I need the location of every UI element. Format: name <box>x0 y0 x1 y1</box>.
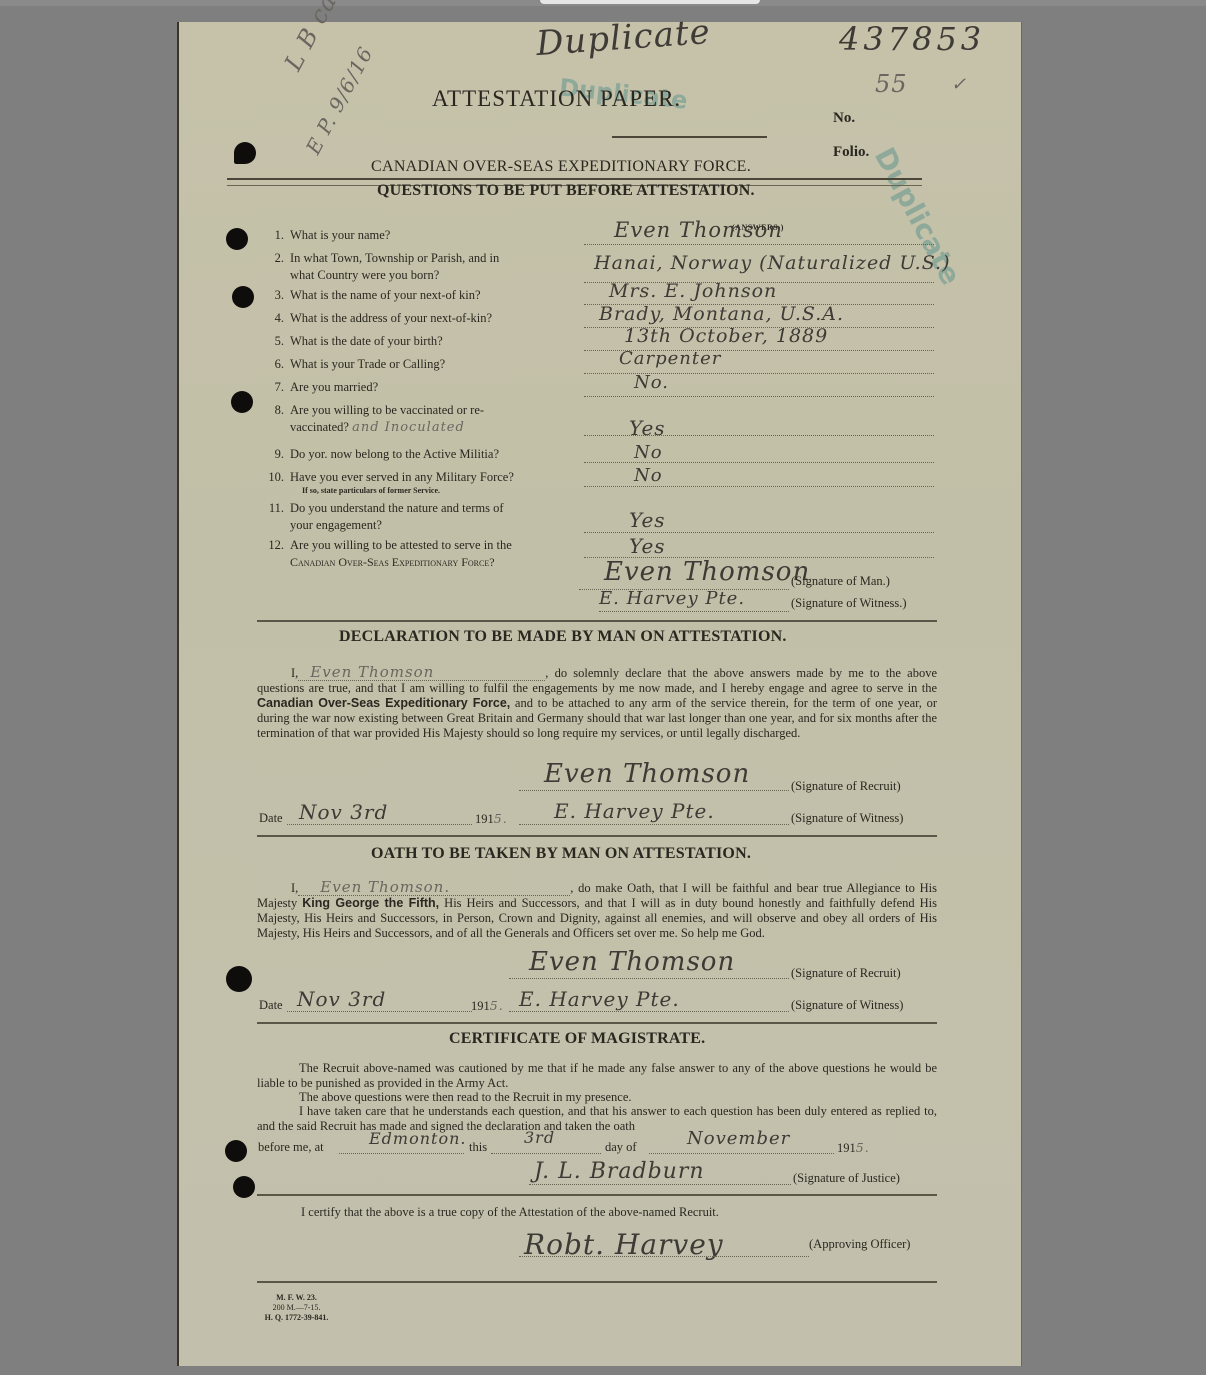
question-9: 9.Do yor. now belong to the Active Milit… <box>262 446 580 463</box>
question-1: 1.What is your name? <box>262 227 580 244</box>
form-code-3: H. Q. 1772-39-841. <box>249 1313 344 1323</box>
section-divider <box>257 1281 937 1283</box>
oath-recruit-label: (Signature of Recruit) <box>791 966 901 981</box>
viewer-top-handle[interactable] <box>540 0 760 4</box>
oath-signature-recruit: Even Thomson <box>529 947 735 977</box>
question-2: 2.In what Town, Township or Parish, and … <box>262 250 580 284</box>
question-3: 3.What is the name of your next-of kin? <box>262 287 580 304</box>
oath-heading: OATH TO BE TAKEN BY MAN ON ATTESTATION. <box>371 845 751 863</box>
declaration-heading: DECLARATION TO BE MADE BY MAN ON ATTESTA… <box>339 628 787 646</box>
place-line <box>339 1153 464 1154</box>
question-6: 6.What is your Trade or Calling? <box>262 356 580 373</box>
answer-line <box>584 244 934 245</box>
answer-vaccinated: Yes <box>629 416 666 440</box>
folio-label: Folio. <box>833 144 869 161</box>
answer-served: No <box>634 465 663 486</box>
signature-justice: J. L. Bradburn <box>534 1159 705 1184</box>
certification-text: I certify that the above is a true copy … <box>257 1205 937 1220</box>
question-10: 10.Have you ever served in any Military … <box>262 469 580 495</box>
declaration-date-label: Date <box>259 811 283 826</box>
attestation-paper-document: Duplicate 437853 L B card E P. 9/6/16 Du… <box>177 22 1022 1366</box>
declaration-witness-label: (Signature of Witness) <box>791 811 903 826</box>
signature-line <box>599 611 789 612</box>
check-mark-icon: ✓ <box>951 74 967 95</box>
punch-hole <box>226 228 248 250</box>
answer-line <box>584 532 934 533</box>
magistrate-place: Edmonton. <box>369 1129 466 1148</box>
form-codes: M. F. W. 23. 200 M.—7-15. H. Q. 1772-39-… <box>249 1293 344 1323</box>
title-rule <box>612 136 767 138</box>
answer-trade: Carpenter <box>619 348 721 369</box>
declaration-year: 1915. <box>475 811 508 827</box>
day-of-label: day of <box>605 1140 637 1155</box>
magistrate-month: November <box>687 1128 790 1149</box>
signature-witness-label: (Signature of Witness.) <box>791 596 907 611</box>
section-divider <box>257 620 937 622</box>
oath-year: 1915. <box>471 998 504 1014</box>
vaccination-note: and Inoculated <box>352 420 465 435</box>
before-me-label: before me, at <box>258 1140 324 1155</box>
form-code-2: 200 M.—7-15. <box>249 1303 344 1313</box>
signature-justice-label: (Signature of Justice) <box>793 1171 900 1186</box>
question-7: 7.Are you married? <box>262 379 580 396</box>
magistrate-day: 3rd <box>524 1128 555 1147</box>
signature-line <box>519 824 789 825</box>
section-divider <box>257 835 937 837</box>
oath-name: Even Thomson. <box>298 880 570 896</box>
section-divider <box>257 1022 937 1024</box>
punch-hole <box>234 142 256 164</box>
form-code-1: M. F. W. 23. <box>249 1293 344 1303</box>
declaration-recruit-label: (Signature of Recruit) <box>791 779 901 794</box>
declaration-name: Even Thomson <box>298 665 545 681</box>
answer-line <box>584 396 934 397</box>
magistrate-paragraph-2: The above questions were then read to th… <box>257 1090 937 1105</box>
document-title: ATTESTATION PAPER. <box>432 86 681 112</box>
answer-line <box>584 486 934 487</box>
magistrate-heading: CERTIFICATE OF MAGISTRATE. <box>449 1030 705 1048</box>
signature-line <box>519 1256 809 1257</box>
question-11: 11.Do you understand the nature and term… <box>262 500 580 534</box>
question-4: 4.What is the address of your next-of-ki… <box>262 310 580 327</box>
answer-birthplace: Hanai, Norway (Naturalized U.S.) <box>594 252 950 274</box>
margin-note-date: E P. 9/6/16 <box>301 42 378 158</box>
declaration-date: Nov 3rd <box>299 800 388 824</box>
answer-birth-date: 13th October, 1889 <box>624 325 828 347</box>
month-line <box>649 1153 834 1154</box>
signature-line <box>529 1184 791 1185</box>
punch-hole <box>225 1140 247 1162</box>
signature-line <box>509 1011 789 1012</box>
oath-date: Nov 3rd <box>297 987 386 1011</box>
answer-militia: No <box>634 442 663 463</box>
answer-name: Even Thomson <box>614 218 783 242</box>
signature-witness: E. Harvey Pte. <box>599 588 745 609</box>
answer-kin-address: Brady, Montana, U.S.A. <box>599 303 844 325</box>
answer-next-of-kin: Mrs. E. Johnson <box>609 280 777 302</box>
declaration-signature-recruit: Even Thomson <box>544 759 750 789</box>
signature-line <box>519 790 789 791</box>
date-line <box>287 824 472 825</box>
declaration-signature-witness: E. Harvey Pte. <box>554 799 715 823</box>
punch-hole <box>231 391 253 413</box>
question-12: 12.Are you willing to be attested to ser… <box>262 537 580 571</box>
answer-understand: Yes <box>629 508 666 532</box>
signature-line <box>509 978 789 979</box>
oath-text: I,Even Thomson., do make Oath, that I wi… <box>257 880 937 941</box>
magistrate-paragraph-1: The Recruit above-named was cautioned by… <box>257 1061 937 1091</box>
signature-man: Even Thomson <box>604 557 810 587</box>
oath-signature-witness: E. Harvey Pte. <box>519 987 680 1011</box>
answer-willing: Yes <box>629 534 666 558</box>
declaration-text: I,Even Thomson, do solemnly declare that… <box>257 665 937 741</box>
signature-man-label: (Signature of Man.) <box>791 574 890 589</box>
approving-officer-label: (Approving Officer) <box>809 1237 910 1252</box>
document-subtitle: CANADIAN OVER-SEAS EXPEDITIONARY FORCE. <box>371 158 751 176</box>
date-line <box>287 1011 472 1012</box>
magistrate-paragraph-3: I have taken care that he understands ea… <box>257 1104 937 1134</box>
question-5: 5.What is the date of your birth? <box>262 333 580 350</box>
no-label: No. <box>833 110 855 127</box>
punch-hole <box>233 1176 255 1198</box>
punch-hole <box>232 286 254 308</box>
punch-hole <box>226 966 252 992</box>
oath-date-label: Date <box>259 998 283 1013</box>
section-divider <box>257 1194 937 1196</box>
form-number-value: 55 <box>875 70 908 98</box>
duplicate-handwritten-note: Duplicate <box>535 12 712 64</box>
answer-married: No. <box>634 372 669 393</box>
this-label: this <box>469 1140 487 1155</box>
question-8: 8.Are you willing to be vaccinated or re… <box>262 402 580 436</box>
magistrate-year: 1915. <box>837 1140 870 1156</box>
day-line <box>491 1153 601 1154</box>
questions-heading: QUESTIONS TO BE PUT BEFORE ATTESTATION. <box>377 182 755 200</box>
regimental-number: 437853 <box>839 20 985 58</box>
oath-witness-label: (Signature of Witness) <box>791 998 903 1013</box>
